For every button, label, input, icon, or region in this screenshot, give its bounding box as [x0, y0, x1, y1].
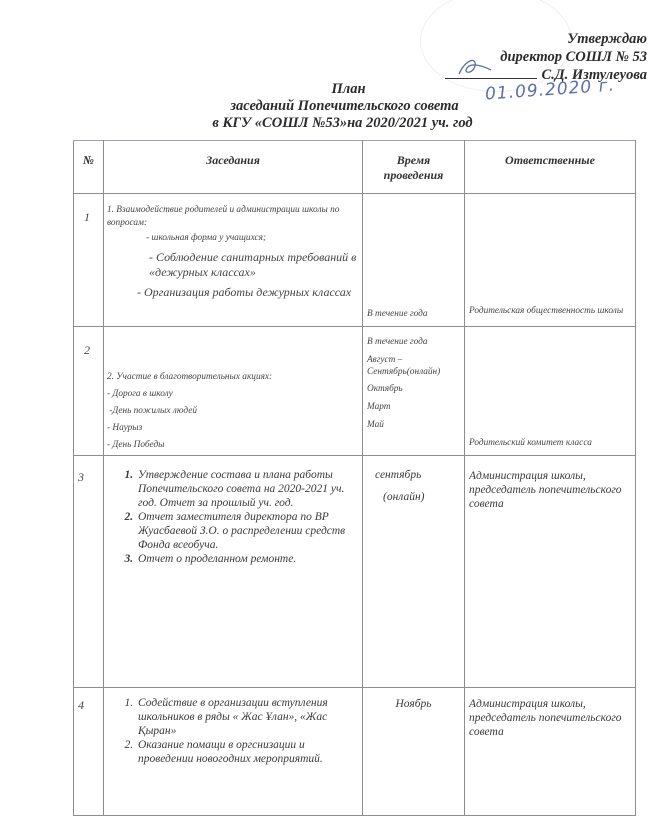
- meeting-item: Оказание помащи в оргснизации и проведен…: [136, 738, 356, 766]
- meeting-item: Содействие в организации вступления школ…: [136, 696, 356, 738]
- table-row: 1 1. Взаимодействие родителей и админист…: [74, 194, 636, 327]
- table-row: 3 Утверждение состава и плана работы Поп…: [74, 456, 636, 688]
- row-number: 3: [74, 456, 104, 688]
- table-row: 2 2. Участие в благотворительных акциях:…: [74, 327, 636, 456]
- row-number: 4: [74, 688, 104, 816]
- meeting-item: Отчет о проделанном ремонте.: [136, 552, 356, 566]
- time-cell: В течение года: [363, 194, 465, 327]
- responsible-cell: Родительская общественность школы: [465, 194, 636, 327]
- meeting-cell: 2. Участие в благотворительных акциях: -…: [104, 327, 363, 456]
- meeting-item: Утверждение состава и плана работы Попеч…: [136, 468, 356, 510]
- time-cell: В течение года Август – Сентябрь(онлайн)…: [363, 327, 465, 456]
- meeting-cell: Содействие в организации вступления школ…: [104, 688, 363, 816]
- plan-table: № Заседания Время проведения Ответственн…: [73, 140, 636, 816]
- meeting-cell: 1. Взаимодействие родителей и администра…: [104, 194, 363, 327]
- table-header-row: № Заседания Время проведения Ответственн…: [74, 141, 636, 194]
- title-line-1: План: [0, 81, 667, 98]
- approval-label: Утверждаю: [445, 30, 647, 48]
- header-responsible: Ответственные: [465, 141, 636, 194]
- header-time: Время проведения: [363, 141, 465, 194]
- time-cell: сентябрь (онлайн): [363, 456, 465, 688]
- responsible-cell: Родительский комитет класса: [465, 327, 636, 456]
- responsible-cell: Администрация школы, председатель попечи…: [465, 456, 636, 688]
- header-meetings: Заседания: [104, 141, 363, 194]
- row-number: 1: [74, 194, 104, 327]
- document-title: План заседаний Попечительского совета в …: [0, 81, 667, 132]
- meeting-item: Отчет заместителя директора по ВР Жуасба…: [136, 510, 356, 552]
- signature-icon: [455, 56, 495, 78]
- table-row: 4 Содействие в организации вступления шк…: [74, 688, 636, 816]
- approval-block: Утверждаю директор СОШЛ № 53 С.Д. Изтуле…: [445, 30, 647, 84]
- title-line-3: в КГУ «СОШЛ №53»на 2020/2021 уч. год: [0, 115, 667, 132]
- meeting-cell: Утверждение состава и плана работы Попеч…: [104, 456, 363, 688]
- title-line-2: заседаний Попечительского совета: [0, 98, 667, 115]
- row-number: 2: [74, 327, 104, 456]
- time-cell: Ноябрь: [363, 688, 465, 816]
- responsible-cell: Администрация школы, председатель попечи…: [465, 688, 636, 816]
- signature-line: [445, 68, 537, 79]
- header-num: №: [74, 141, 104, 194]
